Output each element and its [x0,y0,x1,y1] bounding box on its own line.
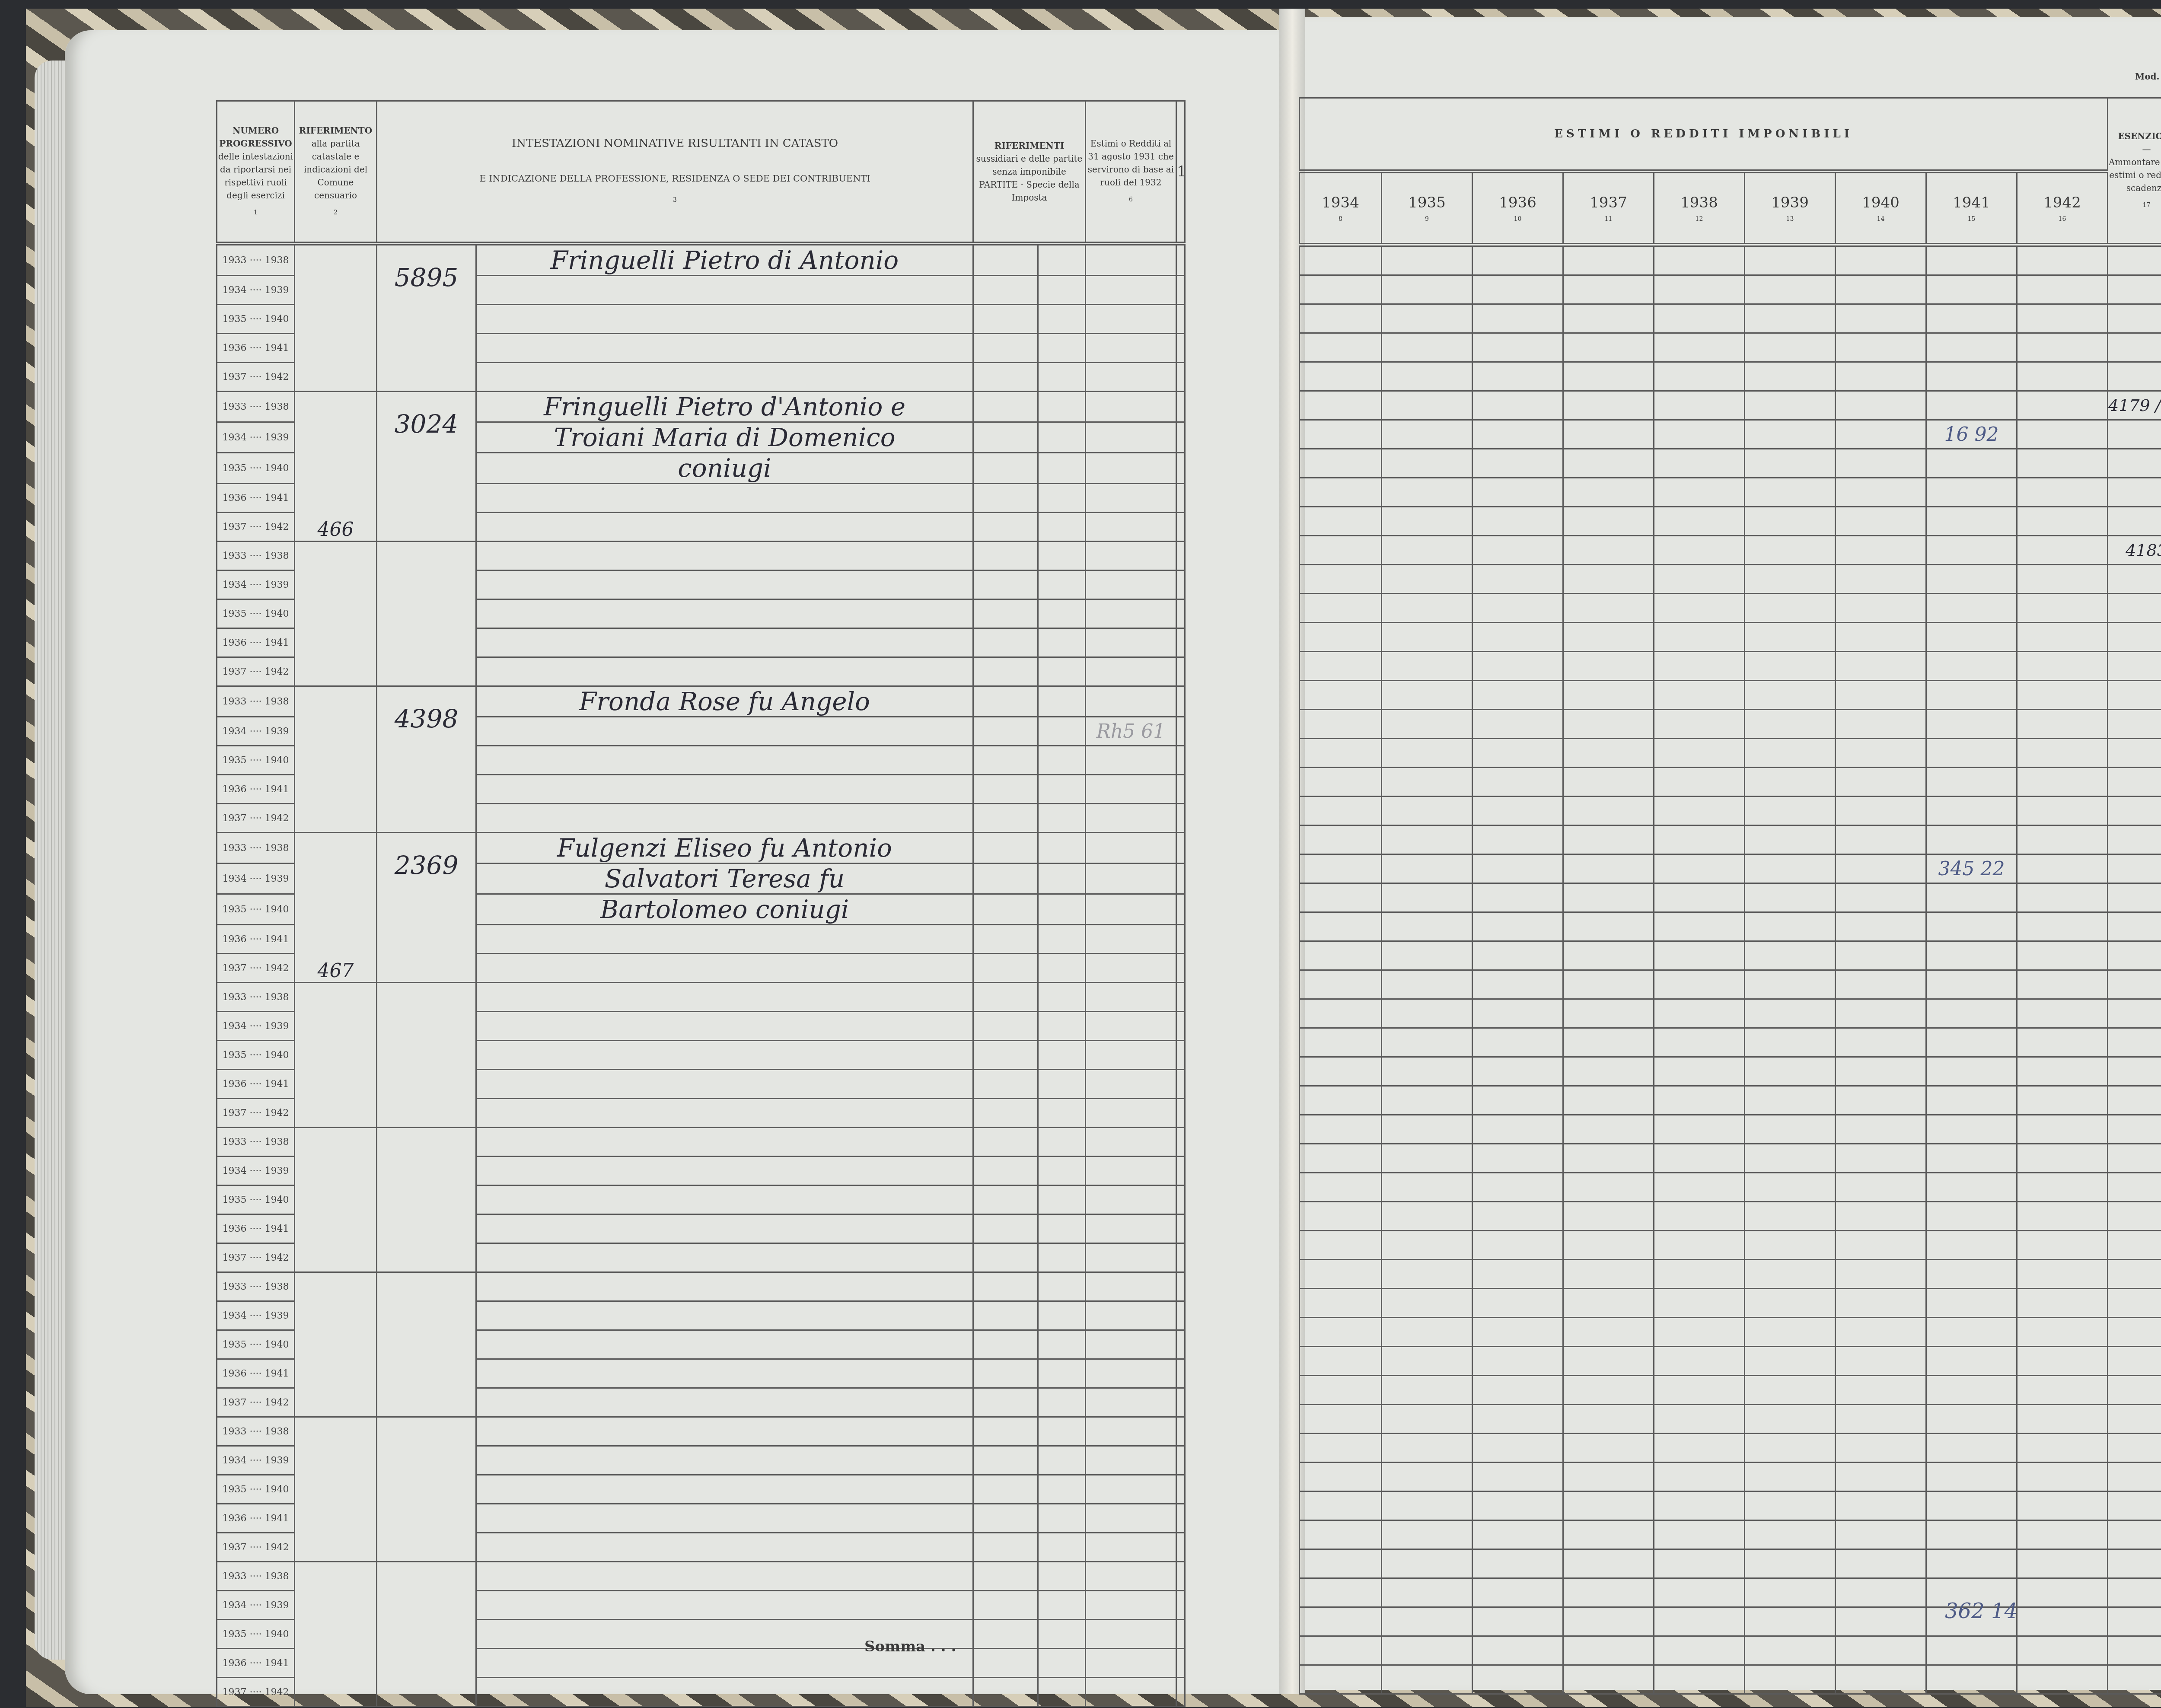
intestazione-line [476,1243,973,1272]
esenzioni-cell [2108,1260,2161,1289]
reddito-cell-1941 [1926,1549,2017,1578]
intestazione-line [476,717,973,746]
reddito-cell-1940 [1836,681,1926,710]
reddito-cell-1937 [1563,1028,1654,1057]
reddito-cell-1939 [1745,1520,1836,1549]
specie-cell [1038,1128,1086,1157]
reddito-cell-1936 [1473,681,1563,710]
progressivo-number: 467 [295,833,377,983]
reddito-cell-1935 [1382,1028,1473,1057]
reddito-cell-1941 [1926,449,2017,478]
reddito-cell-1937 [1563,1463,1654,1491]
table-row [1300,1607,2161,1636]
reddito-cell-1941 [1926,1665,2017,1694]
partita-number [377,1272,476,1417]
table-row: 1933 ···· 19384398Fronda Rose fu Angelo [217,686,1185,717]
table-row [1300,1289,2161,1318]
specie-cell [1038,1649,1086,1678]
table-row [1300,941,2161,970]
reddito-cell-1941 [1926,594,2017,623]
year-1933-cell [1176,334,1185,363]
reddito-cell-1934 [1300,565,1382,594]
partite-cell [973,717,1038,746]
year-1933-cell [1176,686,1185,717]
reddito-cell-1935 [1382,1405,1473,1434]
table-row [1300,333,2161,362]
estimi-1932-cell [1086,983,1176,1012]
intestazione-line: Fringuelli Pietro di Antonio [476,244,973,276]
partite-cell [973,1012,1038,1041]
estimi-1932-cell [1086,453,1176,484]
reddito-cell-1935 [1382,1289,1473,1318]
reddito-cell-1939 [1745,1665,1836,1694]
reddito-cell-1939 [1745,1231,1836,1260]
reddito-cell-1938 [1654,1434,1745,1463]
reddito-cell-1937 [1563,970,1654,999]
partite-cell [973,1070,1038,1099]
reddito-cell-1936 [1473,1231,1563,1260]
reddito-cell-1942 [2017,681,2108,710]
reddito-cell-1941 [1926,304,2017,333]
reddito-cell-1937 [1563,912,1654,941]
reddito-cell-1938 [1654,507,1745,536]
reddito-cell-1942 [2017,1231,2108,1260]
reddito-cell-1938 [1654,623,1745,652]
reddito-cell-1938 [1654,536,1745,565]
reddito-cell-1934 [1300,999,1382,1028]
year-pair-cell: 1936 ···· 1941 [217,925,295,954]
partite-cell [973,1157,1038,1185]
intestazione-line [476,1475,973,1504]
reddito-cell-1935 [1382,1520,1473,1549]
esenzioni-cell [2108,275,2161,304]
esenzioni-cell [2108,1578,2161,1607]
reddito-cell-1935 [1382,854,1473,883]
specie-cell [1038,1243,1086,1272]
year-1933-cell [1176,1243,1185,1272]
estimi-1932-cell [1086,775,1176,804]
reddito-cell-1935 [1382,652,1473,681]
specie-cell [1038,1185,1086,1214]
reddito-cell-1942 [2017,1086,2108,1115]
intestazione-line [476,657,973,686]
reddito-cell-1938 [1654,825,1745,854]
reddito-cell-1939 [1745,275,1836,304]
reddito-cell-1936 [1473,912,1563,941]
year-1933-cell [1176,542,1185,570]
reddito-cell-1936 [1473,1665,1563,1694]
reddito-cell-1937 [1563,304,1654,333]
reddito-cell-1942 [2017,1289,2108,1318]
reddito-cell-1938 [1654,362,1745,391]
specie-cell [1038,657,1086,686]
intestazione-line [476,983,973,1012]
year-1933-cell [1176,392,1185,422]
year-1933-cell [1176,717,1185,746]
esenzioni-cell [2108,652,2161,681]
table-row [1300,1260,2161,1289]
reddito-cell-1942 [2017,333,2108,362]
reddito-cell-1940 [1836,1665,1926,1694]
estimi-1932-cell [1086,1012,1176,1041]
estimi-1932-cell [1086,1301,1176,1330]
reddito-cell-1939 [1745,970,1836,999]
reddito-cell-1940 [1836,565,1926,594]
reddito-cell-1935 [1382,797,1473,825]
reddito-cell-1936 [1473,1520,1563,1549]
reddito-cell-1936 [1473,1463,1563,1491]
intestazione-line [476,1591,973,1620]
year-pair-cell: 1935 ···· 1940 [217,894,295,925]
table-row [1300,478,2161,507]
reddito-cell-1942 [2017,449,2108,478]
esenzioni-cell [2108,245,2161,275]
reddito-cell-1940 [1836,1491,1926,1520]
reddito-cell-1942 [2017,304,2108,333]
estimi-1932-cell [1086,1533,1176,1562]
year-1933-cell [1176,1446,1185,1475]
reddito-cell-1940 [1836,797,1926,825]
esenzioni-cell [2108,1549,2161,1578]
reddito-cell-1942 [2017,999,2108,1028]
reddito-cell-1942 [2017,478,2108,507]
reddito-cell-1942 [2017,883,2108,912]
year-pair-cell: 1934 ···· 1939 [217,717,295,746]
reddito-cell-1936 [1473,941,1563,970]
esenzioni-cell [2108,970,2161,999]
reddito-cell-1938 [1654,999,1745,1028]
partite-cell [973,775,1038,804]
table-row [1300,768,2161,797]
year-pair-cell: 1934 ···· 1939 [217,1301,295,1330]
reddito-cell-1940 [1836,420,1926,449]
table-row: 1933 ···· 1938 [217,1562,1185,1591]
reddito-cell-1934 [1300,1057,1382,1086]
year-pair-cell: 1933 ···· 1938 [217,1562,295,1591]
reddito-cell-1942 [2017,594,2108,623]
reddito-cell-1940 [1836,275,1926,304]
specie-cell [1038,453,1086,484]
partita-number: 5895 [377,244,476,392]
partite-cell [973,746,1038,775]
reddito-cell-1942 [2017,420,2108,449]
year-pair-cell: 1937 ···· 1942 [217,954,295,983]
estimi-1932-cell [1086,686,1176,717]
reddito-cell-1936 [1473,362,1563,391]
reddito-cell-1938 [1654,1376,1745,1405]
reddito-cell-1941 [1926,1520,2017,1549]
form-code: Mod. III - Imposte Dirette (Intercalare)… [2135,71,2161,82]
reddito-cell-1934 [1300,362,1382,391]
intestazione-line [476,599,973,628]
reddito-cell-1937 [1563,1405,1654,1434]
esenzioni-cell [2108,1231,2161,1260]
year-pair-cell: 1934 ···· 1939 [217,1157,295,1185]
reddito-cell-1941 [1926,941,2017,970]
reddito-cell-1942 [2017,536,2108,565]
table-row [1300,507,2161,536]
reddito-cell-1941 [1926,1202,2017,1231]
reddito-cell-1937 [1563,1086,1654,1115]
reddito-cell-1942 [2017,710,2108,739]
partite-cell [973,628,1038,657]
reddito-cell-1942 [2017,1434,2108,1463]
reddito-cell-1940 [1836,1115,1926,1144]
year-1933-cell [1176,1185,1185,1214]
partite-cell [973,954,1038,983]
reddito-cell-1934 [1300,854,1382,883]
partite-cell [973,1446,1038,1475]
reddito-cell-1937 [1563,275,1654,304]
esenzioni-cell [2108,623,2161,652]
reddito-cell-1939 [1745,536,1836,565]
reddito-cell-1942 [2017,1260,2108,1289]
table-row [1300,1636,2161,1665]
reddito-cell-1942 [2017,941,2108,970]
year-1933-cell [1176,1099,1185,1128]
esenzioni-cell [2108,565,2161,594]
table-row: 1933 ···· 19385895Fringuelli Pietro di A… [217,244,1185,276]
reddito-cell-1938 [1654,970,1745,999]
intestazione-line [476,1099,973,1128]
reddito-cell-1938 [1654,478,1745,507]
reddito-cell-1936 [1473,1347,1563,1376]
year-pair-cell: 1934 ···· 1939 [217,570,295,599]
specie-cell [1038,1475,1086,1504]
reddito-cell-1938 [1654,854,1745,883]
reddito-cell-1938 [1654,1607,1745,1636]
reddito-cell-1937 [1563,507,1654,536]
esenzioni-cell [2108,1086,2161,1115]
reddito-cell-1935 [1382,420,1473,449]
year-1933-cell [1176,833,1185,864]
reddito-cell-1938 [1654,1520,1745,1549]
reddito-cell-1935 [1382,507,1473,536]
table-row [1300,594,2161,623]
progressivo-number [295,1128,377,1272]
reddito-cell-1937 [1563,623,1654,652]
estimi-1932-cell [1086,1099,1176,1128]
partite-cell [973,422,1038,453]
reddito-cell-1937 [1563,1144,1654,1173]
table-row [1300,1405,2161,1434]
estimi-1932-cell [1086,1243,1176,1272]
specie-cell [1038,334,1086,363]
reddito-cell-1937 [1563,1260,1654,1289]
intestazione-line [476,775,973,804]
header-estimi-group: ESTIMI O REDDITI IMPONIBILI [1300,98,2108,172]
reddito-cell-1939 [1745,768,1836,797]
reddito-cell-1941 [1926,1636,2017,1665]
table-row: 1933 ···· 1938 [217,1417,1185,1446]
estimi-1932-cell [1086,1620,1176,1649]
year-1933-cell [1176,1128,1185,1157]
reddito-cell-1941: 345 22 [1926,854,2017,883]
partite-cell [973,1214,1038,1243]
specie-cell [1038,1070,1086,1099]
year-pair-cell: 1933 ···· 1938 [217,244,295,276]
reddito-cell-1939 [1745,1347,1836,1376]
reddito-cell-1936 [1473,1636,1563,1665]
esenzioni-cell: 4183 [2108,536,2161,565]
intestazione-line [476,570,973,599]
reddito-cell-1941 [1926,391,2017,420]
reddito-cell-1939 [1745,1578,1836,1607]
reddito-cell-1937 [1563,1434,1654,1463]
reddito-cell-1941 [1926,1463,2017,1491]
reddito-cell-1942 [2017,565,2108,594]
reddito-cell-1938 [1654,1463,1745,1491]
reddito-cell-1940 [1836,449,1926,478]
reddito-cell-1941 [1926,970,2017,999]
reddito-cell-1942 [2017,1202,2108,1231]
reddito-cell-1938 [1654,565,1745,594]
year-1933-cell [1176,1157,1185,1185]
reddito-cell-1942 [2017,1318,2108,1347]
table-row [1300,1347,2161,1376]
reddito-cell-1939 [1745,999,1836,1028]
reddito-cell-1939 [1745,883,1836,912]
partite-cell [973,1359,1038,1388]
reddito-cell-1941 [1926,1434,2017,1463]
reddito-cell-1935 [1382,449,1473,478]
estimi-1932-cell [1086,954,1176,983]
reddito-cell-1935 [1382,1086,1473,1115]
reddito-cell-1935 [1382,304,1473,333]
reddito-cell-1936 [1473,1057,1563,1086]
reddito-cell-1938 [1654,1173,1745,1202]
reddito-cell-1935 [1382,970,1473,999]
intestazione-line [476,363,973,392]
reddito-cell-1934 [1300,1520,1382,1549]
reddito-cell-1935 [1382,565,1473,594]
reddito-cell-1935 [1382,623,1473,652]
reddito-cell-1939 [1745,941,1836,970]
reddito-cell-1940 [1836,1376,1926,1405]
esenzioni-cell [2108,1491,2161,1520]
reddito-cell-1940 [1836,768,1926,797]
reddito-cell-1939 [1745,1086,1836,1115]
partite-cell [973,244,1038,276]
reddito-cell-1936 [1473,536,1563,565]
estimi-1932-cell [1086,513,1176,542]
esenzioni-cell [2108,739,2161,768]
year-pair-cell: 1937 ···· 1942 [217,363,295,392]
reddito-cell-1936 [1473,1376,1563,1405]
esenzioni-cell [2108,1463,2161,1491]
reddito-cell-1939 [1745,1144,1836,1173]
year-pair-cell: 1933 ···· 1938 [217,392,295,422]
reddito-cell-1940 [1836,652,1926,681]
specie-cell [1038,717,1086,746]
intestazione-line [476,334,973,363]
year-1933-cell [1176,453,1185,484]
table-row: 345 22 [1300,854,2161,883]
reddito-cell-1940 [1836,825,1926,854]
reddito-cell-1938 [1654,1260,1745,1289]
reddito-cell-1942 [2017,1491,2108,1520]
esenzioni-cell [2108,1144,2161,1173]
reddito-cell-1942 [2017,245,2108,275]
table-row [1300,1318,2161,1347]
esenzioni-cell [2108,1405,2161,1434]
partite-cell [973,1504,1038,1533]
reddito-cell-1941 [1926,999,2017,1028]
partita-number: 2369 [377,833,476,983]
year-1933-cell [1176,657,1185,686]
partite-cell [973,983,1038,1012]
reddito-cell-1939 [1745,478,1836,507]
year-pair-cell: 1934 ···· 1939 [217,1591,295,1620]
reddito-cell-1941 [1926,1231,2017,1260]
reddito-cell-1936 [1473,391,1563,420]
header-year-1941: 194115 [1926,172,2017,245]
table-row [1300,1434,2161,1463]
reddito-cell-1940 [1836,1202,1926,1231]
partite-cell [973,1475,1038,1504]
esenzioni-cell [2108,1636,2161,1665]
reddito-cell-1935 [1382,478,1473,507]
reddito-cell-1934 [1300,420,1382,449]
reddito-cell-1934 [1300,623,1382,652]
reddito-cell-1941 [1926,768,2017,797]
reddito-cell-1936 [1473,507,1563,536]
reddito-cell-1942 [2017,507,2108,536]
reddito-cell-1938 [1654,1057,1745,1086]
reddito-cell-1938 [1654,1202,1745,1231]
reddito-cell-1935 [1382,1636,1473,1665]
reddito-cell-1940 [1836,912,1926,941]
partite-cell [973,1041,1038,1070]
reddito-cell-1937 [1563,1376,1654,1405]
reddito-cell-1938 [1654,739,1745,768]
reddito-cell-1934 [1300,1231,1382,1260]
reddito-cell-1940 [1836,1578,1926,1607]
reddito-cell-1941 [1926,275,2017,304]
reddito-cell-1937 [1563,565,1654,594]
progressivo-number [295,686,377,833]
header-riferimento: RIFERIMENTOalla partita catastale e indi… [295,101,377,244]
esenzioni-cell [2108,912,2161,941]
reddito-cell-1937 [1563,739,1654,768]
reddito-cell-1940 [1836,739,1926,768]
estimi-1932-cell [1086,1128,1176,1157]
reddito-cell-1941 [1926,1318,2017,1347]
reddito-cell-1940 [1836,1231,1926,1260]
reddito-cell-1936 [1473,1144,1563,1173]
table-row [1300,362,2161,391]
year-pair-cell: 1937 ···· 1942 [217,1099,295,1128]
reddito-cell-1938 [1654,1578,1745,1607]
year-1933-cell [1176,628,1185,657]
reddito-cell-1938 [1654,1636,1745,1665]
progressivo-number [295,244,377,392]
intestazione-line [476,542,973,570]
reddito-cell-1937 [1563,1578,1654,1607]
intestazione-line [476,804,973,833]
reddito-cell-1934 [1300,825,1382,854]
reddito-cell-1940 [1836,1434,1926,1463]
year-pair-cell: 1936 ···· 1941 [217,775,295,804]
reddito-cell-1936 [1473,449,1563,478]
specie-cell [1038,1272,1086,1301]
table-row [1300,565,2161,594]
table-row [1300,1578,2161,1607]
reddito-cell-1938 [1654,304,1745,333]
reddito-cell-1938 [1654,710,1745,739]
reddito-cell-1940 [1836,1289,1926,1318]
reddito-cell-1936 [1473,245,1563,275]
